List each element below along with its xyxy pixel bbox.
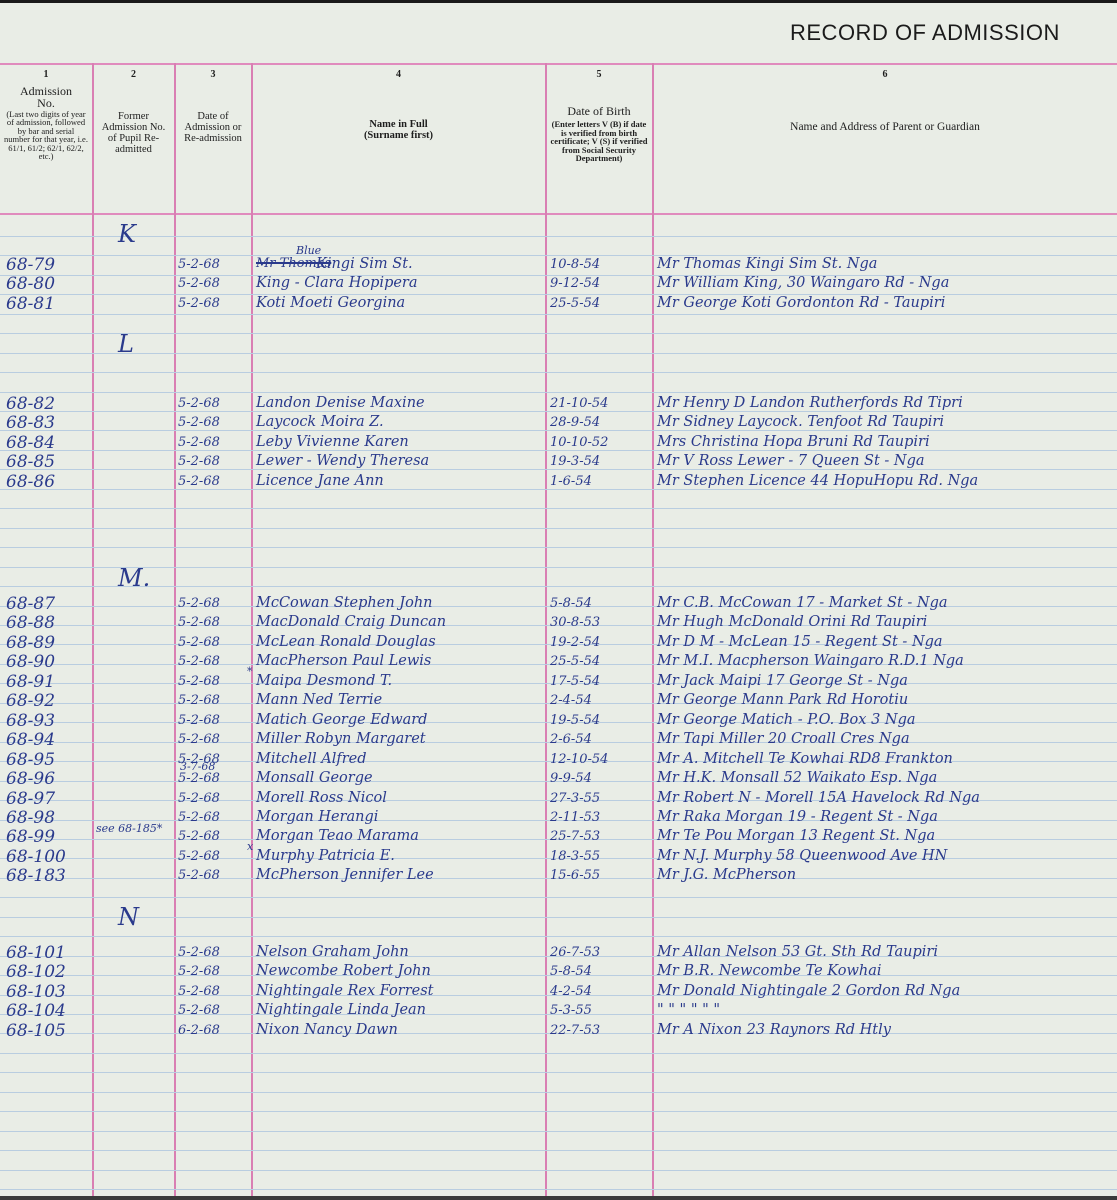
admission-date: 5-2-68 (178, 397, 220, 410)
date-of-birth: 2-11-53 (550, 811, 600, 824)
parent-name-address: Mr V Ross Lewer - 7 Queen St - Nga (657, 454, 925, 469)
parent-name-address: Mr Allan Nelson 53 Gt. Sth Rd Taupiri (657, 945, 938, 960)
admission-number: 68-80 (6, 276, 55, 293)
date-of-birth: 1-6-54 (550, 475, 592, 488)
parent-name-address: Mr Raka Morgan 19 - Regent St - Nga (657, 810, 938, 825)
ruled-line (0, 586, 1117, 587)
admission-number: 68-88 (6, 615, 55, 632)
former-admission-number: see 68-185* (96, 823, 162, 834)
pupil-name: Mitchell Alfred (256, 752, 367, 767)
admission-date: 5-2-68 (178, 1004, 220, 1017)
pupil-name: Mann Ned Terrie (256, 693, 382, 708)
admission-date: 5-2-68 (178, 455, 220, 468)
ruled-line (0, 411, 1117, 412)
column-divider (545, 63, 547, 1200)
column-heading: Date of Birth (567, 105, 630, 118)
section-letter: K (118, 222, 136, 246)
pupil-name: Laycock Moira Z. (256, 415, 384, 430)
date-of-birth: 2-4-54 (550, 694, 592, 707)
date-of-birth: 15-6-55 (550, 869, 600, 882)
column-number: 3 (211, 70, 216, 81)
parent-name-address: Mr Robert N - Morell 15A Havelock Rd Nga (657, 791, 980, 806)
parent-name-address: Mr Hugh McDonald Orini Rd Taupiri (657, 615, 927, 630)
parent-name-address: Mrs Christina Hopa Bruni Rd Taupiri (657, 435, 930, 450)
admission-date: 5-2-68 (178, 694, 220, 707)
column-header-date-of-admission: 3 Date of Admission or Re-admission (175, 70, 251, 210)
column-divider (652, 63, 654, 1200)
date-of-birth: 21-10-54 (550, 397, 608, 410)
margin-mark: x (247, 841, 253, 852)
ruled-line (0, 1131, 1117, 1132)
ruled-line (0, 1092, 1117, 1093)
ruled-line (0, 528, 1117, 529)
parent-name-address: Mr Jack Maipi 17 George St - Nga (657, 674, 908, 689)
ruled-line (0, 1053, 1117, 1054)
admission-date: 5-2-68 (178, 675, 220, 688)
admission-date: 5-2-68 (178, 258, 220, 271)
admission-date: 5-2-68 (178, 811, 220, 824)
admission-date: 5-2-68 (178, 616, 220, 629)
column-note: (Enter letters V (B) if date is verified… (546, 117, 652, 163)
pupil-name: Morell Ross Nicol (256, 791, 387, 806)
column-header-name-in-full: 4 Name in Full (Surname first) (252, 70, 545, 210)
section-letter: L (118, 332, 134, 356)
admission-number: 68-99 (6, 829, 55, 846)
date-of-birth: 25-5-54 (550, 297, 600, 310)
pupil-name: MacPherson Paul Lewis (256, 654, 431, 669)
date-of-birth: 10-10-52 (550, 436, 608, 449)
pupil-name: McCowan Stephen John (256, 596, 433, 611)
admission-number: 68-93 (6, 713, 55, 730)
pupil-name: Kingi Sim St. (316, 257, 413, 272)
date-of-birth: 18-3-55 (550, 850, 600, 863)
admission-date: 5-2-68 (178, 277, 220, 290)
parent-name-address: Mr C.B. McCowan 17 - Market St - Nga (657, 596, 948, 611)
column-header-former-admission: 2 Former Admission No. of Pupil Re-admit… (93, 70, 174, 210)
admission-number: 68-101 (6, 945, 66, 962)
column-heading: Date of Admission or Re-admission (175, 111, 251, 144)
admission-date: 5-2-68 (178, 475, 220, 488)
ruled-line (0, 1072, 1117, 1073)
admission-number: 68-96 (6, 771, 55, 788)
pupil-name: Koti Moeti Georgina (256, 296, 405, 311)
ruled-line (0, 917, 1117, 918)
name-correction: Blue (296, 245, 321, 256)
admission-number: 68-98 (6, 810, 55, 827)
admission-date: 5-2-68 (178, 869, 220, 882)
admission-date: 5-2-68 (178, 597, 220, 610)
column-number: 2 (131, 70, 136, 81)
admission-number: 68-90 (6, 654, 55, 671)
admission-date: 5-2-68 (178, 965, 220, 978)
ruled-line (0, 333, 1117, 334)
header-bottom-rule (0, 213, 1117, 215)
admission-number: 68-86 (6, 474, 55, 491)
ruled-line (0, 450, 1117, 451)
ruled-line (0, 1170, 1117, 1171)
date-of-birth: 9-9-54 (550, 772, 592, 785)
admission-number: 68-94 (6, 732, 55, 749)
margin-mark: * (247, 666, 253, 677)
pupil-name: King - Clara Hopipera (256, 276, 418, 291)
admission-date: 5-2-68 (178, 733, 220, 746)
pupil-name: Miller Robyn Margaret (256, 732, 426, 747)
admission-number: 68-89 (6, 635, 55, 652)
admission-date: 5-2-68 (178, 655, 220, 668)
parent-name-address: Mr A Nixon 23 Raynors Rd Htly (657, 1023, 891, 1038)
pupil-name: Licence Jane Ann (256, 474, 384, 489)
column-number: 4 (396, 70, 401, 81)
admission-number: 68-104 (6, 1003, 66, 1020)
pupil-name: Nixon Nancy Dawn (256, 1023, 398, 1038)
column-note: (Surname first) (364, 130, 433, 141)
parent-name-address: Mr M.I. Macpherson Waingaro R.D.1 Nga (657, 654, 964, 669)
parent-name-address: Mr Henry D Landon Rutherfords Rd Tipri (657, 396, 963, 411)
date-of-birth: 17-5-54 (550, 675, 600, 688)
column-heading: Former Admission No. of Pupil Re-admitte… (93, 111, 174, 155)
admission-number: 68-100 (6, 849, 66, 866)
admission-number: 68-102 (6, 964, 66, 981)
pupil-name: Matich George Edward (256, 713, 427, 728)
pupil-name: MacDonald Craig Duncan (256, 615, 446, 630)
admission-date: 5-2-68 (178, 297, 220, 310)
pupil-name: Morgan Herangi (256, 810, 378, 825)
ruled-line (0, 392, 1117, 393)
admission-number: 68-83 (6, 415, 55, 432)
ruled-line (0, 236, 1117, 237)
admission-date: 5-2-68 (178, 636, 220, 649)
admission-date: 5-2-68 (178, 416, 220, 429)
parent-name-address: Mr Te Pou Morgan 13 Regent St. Nga (657, 829, 935, 844)
pupil-name: Newcombe Robert John (256, 964, 431, 979)
parent-name-address: Mr George Mann Park Rd Horotiu (657, 693, 908, 708)
header-top-rule (0, 63, 1117, 65)
parent-name-address: Mr William King, 30 Waingaro Rd - Nga (657, 276, 949, 291)
date-of-birth: 27-3-55 (550, 792, 600, 805)
admission-number: 68-105 (6, 1023, 66, 1040)
admission-number: 68-81 (6, 296, 55, 313)
pupil-name: McPherson Jennifer Lee (256, 868, 434, 883)
admission-date: 5-2-68 (178, 436, 220, 449)
admission-date: 5-2-68 (178, 792, 220, 805)
admission-date: 5-2-68 (178, 985, 220, 998)
date-of-birth: 25-5-54 (550, 655, 600, 668)
pupil-name: McLean Ronald Douglas (256, 635, 436, 650)
column-header-date-of-birth: 5 Date of Birth (Enter letters V (B) if … (546, 70, 652, 210)
admission-date: 5-2-68 (178, 830, 220, 843)
ruled-line (0, 372, 1117, 373)
ruled-line (0, 314, 1117, 315)
date-of-birth: 4-2-54 (550, 985, 592, 998)
date-of-birth: 22-7-53 (550, 1024, 600, 1037)
admission-number: 68-97 (6, 791, 55, 808)
admission-date: 5-2-68 (178, 850, 220, 863)
ruled-line (0, 255, 1117, 256)
date-of-birth: 2-6-54 (550, 733, 592, 746)
section-letter: M. (118, 566, 150, 590)
date-of-birth: 19-2-54 (550, 636, 600, 649)
admission-number: 68-103 (6, 984, 66, 1001)
parent-name-address: Mr Stephen Licence 44 HopuHopu Rd. Nga (657, 474, 978, 489)
ruled-line (0, 897, 1117, 898)
date-of-birth: 25-7-53 (550, 830, 600, 843)
pupil-name: Morgan Teao Marama (256, 829, 419, 844)
date-of-birth: 5-3-55 (550, 1004, 592, 1017)
parent-name-address: Mr A. Mitchell Te Kowhai RD8 Frankton (657, 752, 953, 767)
column-number: 1 (44, 70, 49, 81)
column-divider (251, 63, 253, 1200)
parent-name-address: Mr J.G. McPherson (657, 868, 796, 883)
ruled-line (0, 1111, 1117, 1112)
column-number: 6 (883, 70, 888, 81)
column-number: 5 (597, 70, 602, 81)
admission-number: 68-95 (6, 752, 55, 769)
parent-name-address: Mr D M - McLean 15 - Regent St - Nga (657, 635, 943, 650)
pupil-name: Landon Denise Maxine (256, 396, 425, 411)
parent-name-address: Mr George Koti Gordonton Rd - Taupiri (657, 296, 945, 311)
scan-bottom-edge (0, 1196, 1117, 1200)
parent-name-address: " " " " " " (657, 1003, 720, 1018)
column-divider (174, 63, 176, 1200)
parent-name-address: Mr Sidney Laycock. Tenfoot Rd Taupiri (657, 415, 944, 430)
admission-number: 68-91 (6, 674, 55, 691)
date-of-birth: 30-8-53 (550, 616, 600, 629)
scan-top-edge (0, 0, 1117, 3)
date-of-birth: 19-3-54 (550, 455, 600, 468)
parent-name-address: Mr Donald Nightingale 2 Gordon Rd Nga (657, 984, 960, 999)
admission-number: 68-183 (6, 868, 66, 885)
parent-name-address: Mr Thomas Kingi Sim St. Nga (657, 257, 877, 272)
pupil-name: Leby Vivienne Karen (256, 435, 409, 450)
parent-name-address: Mr George Matich - P.O. Box 3 Nga (657, 713, 916, 728)
pupil-name: Nightingale Rex Forrest (256, 984, 434, 999)
pupil-name: Lewer - Wendy Theresa (256, 454, 429, 469)
date-of-birth: 9-12-54 (550, 277, 600, 290)
ruled-line (0, 547, 1117, 548)
admission-date: 5-2-68 (178, 714, 220, 727)
pupil-name: Nightingale Linda Jean (256, 1003, 426, 1018)
date-of-birth: 5-8-54 (550, 965, 592, 978)
column-heading: Admission No. (0, 85, 92, 110)
ruled-line (0, 489, 1117, 490)
ruled-line (0, 936, 1117, 937)
ruled-line (0, 469, 1117, 470)
admission-number: 68-87 (6, 596, 55, 613)
parent-name-address: Mr Tapi Miller 20 Croall Cres Nga (657, 732, 910, 747)
column-header-parent-guardian: 6 Name and Address of Parent or Guardian (653, 70, 1117, 210)
pupil-name: Murphy Patricia E. (256, 849, 395, 864)
admission-number: 68-85 (6, 454, 55, 471)
ruled-line (0, 567, 1117, 568)
date-of-birth: 10-8-54 (550, 258, 600, 271)
column-divider (92, 63, 94, 1200)
ruled-line (0, 1189, 1117, 1190)
section-letter: N (118, 905, 139, 929)
parent-name-address: Mr N.J. Murphy 58 Queenwood Ave HN (657, 849, 947, 864)
column-note: (Last two digits of year of admission, f… (0, 110, 92, 161)
date-of-birth: 5-8-54 (550, 597, 592, 610)
ruled-line (0, 1150, 1117, 1151)
admission-date: 6-2-68 (178, 1024, 220, 1037)
admission-number: 68-84 (6, 435, 55, 452)
ruled-line (0, 508, 1117, 509)
column-heading: Name in Full (369, 119, 427, 130)
column-header-admission-no: 1 Admission No. (Last two digits of year… (0, 70, 92, 210)
date-of-birth: 28-9-54 (550, 416, 600, 429)
admission-number: 68-79 (6, 257, 55, 274)
date-of-birth: 19-5-54 (550, 714, 600, 727)
ruled-line (0, 294, 1117, 295)
admission-date: 5-2-68 (178, 946, 220, 959)
column-heading: Name and Address of Parent or Guardian (790, 121, 980, 133)
date-of-birth: 26-7-53 (550, 946, 600, 959)
ruled-line (0, 353, 1117, 354)
pupil-name: Monsall George (256, 771, 373, 786)
admission-date: 5-2-68 (178, 772, 220, 785)
pupil-name: Maipa Desmond T. (256, 674, 392, 689)
admission-number: 68-82 (6, 396, 55, 413)
parent-name-address: Mr B.R. Newcombe Te Kowhai (657, 964, 881, 979)
page-title: RECORD OF ADMISSION (790, 20, 1060, 46)
admission-number: 68-92 (6, 693, 55, 710)
parent-name-address: Mr H.K. Monsall 52 Waikato Esp. Nga (657, 771, 937, 786)
pupil-name: Nelson Graham John (256, 945, 409, 960)
date-of-birth: 12-10-54 (550, 753, 608, 766)
ruled-line (0, 430, 1117, 431)
